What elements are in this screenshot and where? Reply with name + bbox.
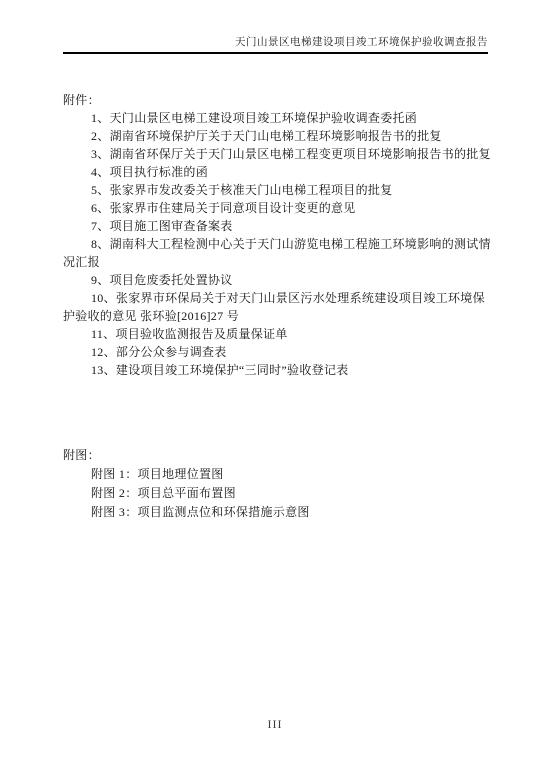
attachment-item-9: 9、项目危废委托处置协议	[63, 271, 494, 289]
attachment-item-8: 8、湖南科大工程检测中心关于天门山游览电梯工程施工环境影响的测试情况汇报	[63, 235, 494, 271]
attachment-item-4: 4、项目执行标准的函	[63, 163, 494, 181]
attachment-item-11: 11、项目验收监测报告及质量保证单	[63, 325, 494, 343]
attachment-item-7: 7、项目施工图审查备案表	[63, 217, 494, 235]
attachment-item-13: 13、建设项目竣工环境保护“三同时”验收登记表	[63, 361, 494, 379]
attachment-item-5: 5、张家界市发改委关于核准天门山电梯工程项目的批复	[63, 181, 494, 199]
attachment-item-1: 1、天门山景区电梯工建设项目竣工环境保护验收调查委托函	[63, 109, 494, 127]
figures-heading: 附图：	[63, 446, 494, 465]
figure-item-3: 附图 3：项目监测点位和环保措施示意图	[63, 503, 494, 522]
figure-item-2: 附图 2：项目总平面布置图	[63, 484, 494, 503]
attachment-item-3: 3、湖南省环保厅关于天门山景区电梯工程变更项目环境影响报告书的批复	[63, 145, 494, 163]
page-header: 天门山景区电梯建设项目竣工环境保护验收调查报告	[63, 0, 488, 54]
attachments-section: 附件： 1、天门山景区电梯工建设项目竣工环境保护验收调查委托函 2、湖南省环境保…	[63, 91, 494, 379]
figures-section: 附图： 附图 1：项目地理位置图 附图 2：项目总平面布置图 附图 3：项目监测…	[63, 446, 494, 522]
page-number: III	[268, 717, 283, 731]
attachment-item-2: 2、湖南省环境保护厅关于天门山电梯工程环境影响报告书的批复	[63, 127, 494, 145]
document-page: 天门山景区电梯建设项目竣工环境保护验收调查报告 附件： 1、天门山景区电梯工建设…	[0, 0, 550, 778]
figure-item-1: 附图 1：项目地理位置图	[63, 465, 494, 484]
attachment-item-6: 6、张家界市住建局关于同意项目设计变更的意见	[63, 199, 494, 217]
header-running-title: 天门山景区电梯建设项目竣工环境保护验收调查报告	[235, 37, 488, 48]
page-footer: III	[0, 717, 550, 732]
attachment-item-10: 10、张家界市环保局关于对天门山景区污水处理系统建设项目竣工环境保护验收的意见 …	[63, 289, 494, 325]
attachments-heading: 附件：	[63, 91, 494, 109]
attachment-item-12: 12、部分公众参与调查表	[63, 343, 494, 361]
page-body: 附件： 1、天门山景区电梯工建设项目竣工环境保护验收调查委托函 2、湖南省环境保…	[63, 54, 494, 522]
